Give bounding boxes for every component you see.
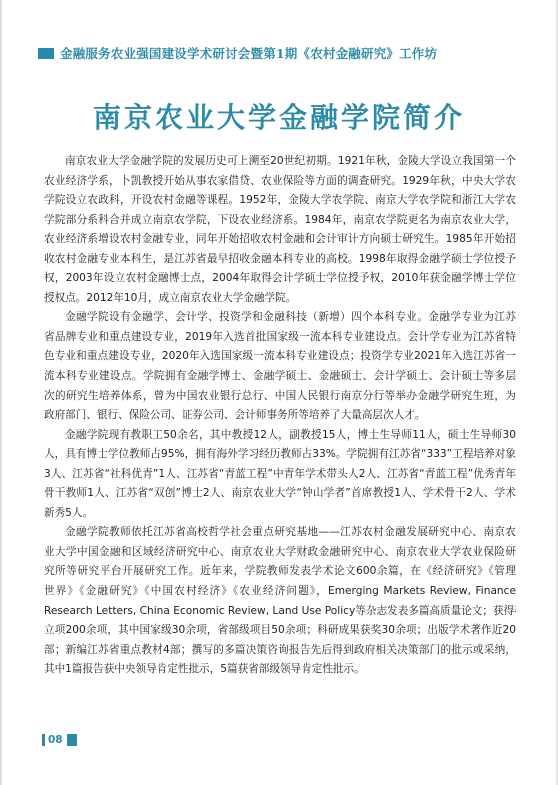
running-header: 金融服务农业强国建设学术研讨会暨第1期《农村金融研究》工作坊	[38, 43, 437, 63]
paragraph-research: 金融学院教师依托江苏省高校哲学社会重点研究基地——江苏农村金融发展研究中心、南京…	[44, 523, 516, 679]
paragraph-faculty: 金融学院现有教职工50余名，其中教授12人，副教授15人，博士生导师11人，硕士…	[44, 426, 516, 524]
text-line: 3人、江苏省“社科优青”1人、江苏省“青蓝工程”中青年学术带头人2人、江苏省“青…	[44, 465, 516, 485]
footer-bar-icon	[42, 734, 45, 746]
text-line: 学院部分系科合并成立南京农学院，下设农业经济系。1984年，南京农学院更名为南京…	[44, 211, 516, 231]
header-accent-block-icon	[38, 48, 54, 59]
page-number: 08	[48, 734, 63, 746]
text-line: 省品牌专业和重点建设专业，2019年入选首批国家级一流本科专业建设点。会计学专业…	[44, 328, 516, 348]
page-footer: 08	[42, 734, 77, 746]
text-line: 权，2003年设立农村金融博士点，2004年取得会计学硕士学位授予权，2010年…	[44, 269, 516, 289]
header-banner-text: 金融服务农业强国建设学术研讨会暨第1期《农村金融研究》工作坊	[60, 44, 437, 62]
text-line: 其中1篇报告获中央领导肯定性批示，5篇获省部级领导肯定性批示。	[44, 660, 516, 680]
text-line: 部；新编江苏省重点教材4部；撰写的多篇决策咨询报告先后得到政府相关决策部门的批示…	[44, 641, 516, 661]
text-line: 世界》《金融研究》《中国农村经济》《农业经济问题》，Emerging Marke…	[44, 582, 516, 602]
text-line: 立项200余项，其中国家级30余项，省部级项目50余项；科研成果获奖30余项；出…	[44, 621, 516, 641]
text-line: 次的研究生培养体系，曾为中国农业银行总行、中国人民银行南京分行等举办金融学研究生…	[44, 387, 516, 407]
text-line: 农业经济学系，卜凯教授开始从事农家借贷、农业保险等方面的调查研究。1929年秋，…	[44, 172, 516, 192]
text-line: 学院设立农政科，开设农村金融等课程。1952年，金陵大学农学院、南京大学农学院和…	[44, 191, 516, 211]
article-body: 南京农业大学金融学院的发展历史可上溯至20世纪初期。1921年秋，金陵大学设立我…	[44, 152, 516, 680]
footer-block-icon	[67, 734, 77, 746]
text-line: 南京农业大学金融学院的发展历史可上溯至20世纪初期。1921年秋，金陵大学设立我…	[44, 152, 516, 172]
text-line: Research Letters, China Economic Review,…	[44, 602, 516, 622]
text-line: 收农村金融专业本科生，是江苏省最早招收金融本科专业的高校。1998年取得金融学硕…	[44, 250, 516, 270]
text-line: 金融学院教师依托江苏省高校哲学社会重点研究基地——江苏农村金融发展研究中心、南京…	[44, 523, 516, 543]
text-line: 金融学院设有金融学、会计学、投资学和金融科技（新增）四个本科专业。金融学专业为江…	[44, 308, 516, 328]
paragraph-programs: 金融学院设有金融学、会计学、投资学和金融科技（新增）四个本科专业。金融学专业为江…	[44, 308, 516, 425]
text-line: 授权点。2012年10月，成立南京农业大学金融学院。	[44, 289, 516, 309]
text-line: 业大学中国金融和区域经济研究中心、南京农业大学财政金融研究中心、南京农业大学农业…	[44, 543, 516, 563]
text-line: 色专业和重点建设专业，2020年入选国家级一流本科专业建设点；投资学专业2021…	[44, 347, 516, 367]
text-line: 究所等研究平台开展研究工作。近年来，学院教师发表学术论文600余篇，在《经济研究…	[44, 562, 516, 582]
text-line: 农业经济系增设农村金融专业，同年开始招收农村金融和会计审计方向硕士研究生。198…	[44, 230, 516, 250]
text-line: 人，具有博士学位教师占95%，拥有海外学习经历教师占33%。学院拥有江苏省“33…	[44, 445, 516, 465]
text-line: 骨干教师1人、江苏省“双创”博士2人、南京农业大学“钟山学者”首席教授1人、学术…	[44, 484, 516, 504]
text-line: 政府部门、银行、保险公司、证券公司、会计师事务所等培养了大量高层次人才。	[44, 406, 516, 426]
text-line: 流本科专业建设点。学院拥有金融学博士、金融学硕士、金融硕士、会计学硕士、会计硕士…	[44, 367, 516, 387]
page-title: 南京农业大学金融学院简介	[0, 96, 558, 136]
text-line: 新秀5人。	[44, 504, 516, 524]
text-line: 金融学院现有教职工50余名，其中教授12人，副教授15人，博士生导师11人，硕士…	[44, 426, 516, 446]
paragraph-history: 南京农业大学金融学院的发展历史可上溯至20世纪初期。1921年秋，金陵大学设立我…	[44, 152, 516, 308]
